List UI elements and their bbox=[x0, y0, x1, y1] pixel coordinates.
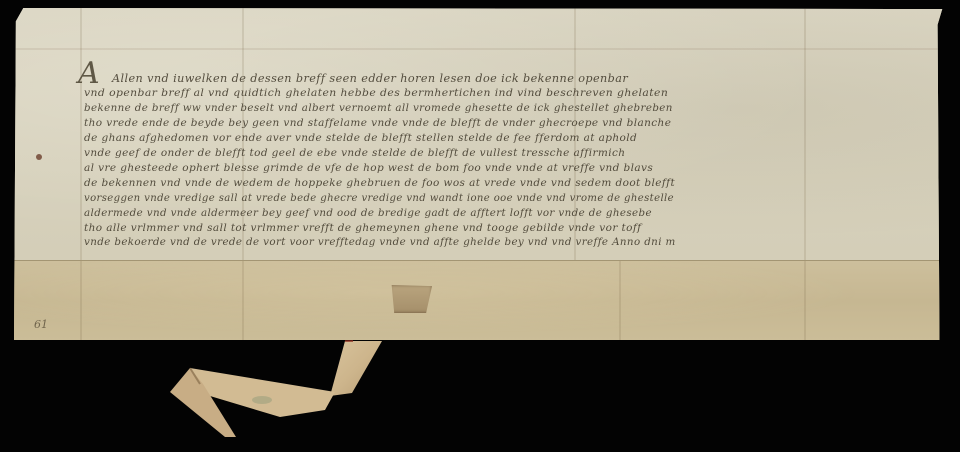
vertical-crease bbox=[80, 8, 82, 260]
text-line-11: tho alle vrlmmer vnd sall tot vrlmmer vr… bbox=[84, 222, 641, 234]
parchment-charter bbox=[14, 8, 946, 340]
vertical-crease bbox=[80, 261, 82, 341]
text-line-5: de ghans afghedomen vor ende aver vnde s… bbox=[84, 132, 637, 144]
text-line-3: bekenne de breff ww vnder beselt vnd alb… bbox=[84, 102, 673, 114]
text-line-7: al vre ghesteede ophert blesse grimde de… bbox=[84, 162, 653, 174]
text-line-12: vnde bekoerde vnd de vrede de vort voor … bbox=[84, 236, 676, 248]
vertical-crease bbox=[242, 261, 244, 341]
ink-stain bbox=[36, 154, 42, 160]
horizontal-crease bbox=[14, 48, 946, 50]
vertical-crease bbox=[619, 261, 621, 341]
text-line-9: vorseggen vnde vredige sall at vrede bed… bbox=[84, 192, 674, 204]
text-line-4: tho vrede ende de beyde bey geen vnd sta… bbox=[84, 117, 671, 129]
text-line-8: de bekennen vnd vnde de wedem de hoppeke… bbox=[84, 177, 675, 189]
plica-fold bbox=[14, 260, 946, 341]
seal-tag-slit bbox=[390, 285, 432, 313]
vertical-crease bbox=[804, 8, 806, 260]
text-line-2: vnd openbar breff al vnd quidtich ghelat… bbox=[84, 87, 668, 99]
folio-number: 61 bbox=[34, 318, 48, 331]
vertical-crease bbox=[804, 261, 806, 341]
text-line-6: vnde geef de onder de blefft tod geel de… bbox=[84, 147, 625, 159]
text-line-1: Allen vnd iuwelken de dessen breff seen … bbox=[112, 72, 628, 85]
text-line-10: aldermede vnd vnde aldermeer bey geef vn… bbox=[84, 207, 652, 219]
decorated-initial: A bbox=[78, 56, 100, 91]
